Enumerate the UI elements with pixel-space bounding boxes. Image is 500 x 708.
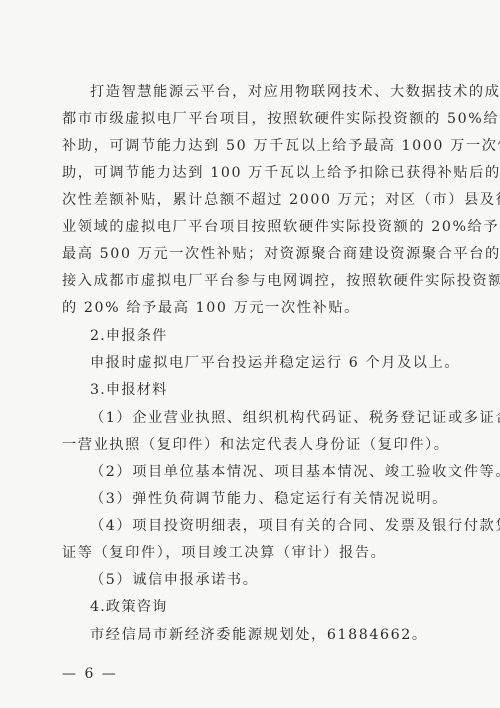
paragraph-line: 最高 500 万元一次性补贴；对资源聚合商建设资源聚合平台的， [62,245,442,263]
section-heading-application-materials: 3.申报材料 [90,381,442,399]
material-item-1-line-2: 一营业执照（复印件）和法定代表人身份证（复印件）。 [62,436,442,454]
paragraph-line: 都市市级虚拟电厂平台项目，按照软硬件实际投资额的 50%给予 [62,110,442,128]
section-body-policy-consultation: 市经信局市新经济委能源规划处，61884662。 [90,626,442,644]
paragraph-line: 补助，可调节能力达到 50 万千瓦以上给予最高 1000 万一次性补 [62,137,442,155]
paragraph-line: 的 20% 给予最高 100 万元一次性补贴。 [62,299,442,317]
material-item-3: （3）弹性负荷调节能力、稳定运行有关情况说明。 [90,490,442,508]
paragraph-line: 次性差额补贴，累计总额不超过 2000 万元；对区（市）县及行 [62,191,442,209]
material-item-5: （5）诚信申报承诺书。 [90,571,442,589]
paragraph-line: 接入成都市虚拟电厂平台参与电网调控，按照软硬件实际投资额 [62,272,442,290]
section-body-application-conditions: 申报时虚拟电厂平台投运并稳定运行 6 个月及以上。 [90,354,442,372]
material-item-2: （2）项目单位基本情况、项目基本情况、竣工验收文件等。 [90,463,442,481]
page-number: — 6 — [62,666,118,682]
section-heading-application-conditions: 2.申报条件 [90,327,442,345]
material-item-1-line-1: （1）企业营业执照、组织机构代码证、税务登记证或多证合 [90,409,442,427]
paragraph-line: 助，可调节能力达到 100 万千瓦以上给予扣除已获得补贴后的一 [62,164,442,182]
material-item-4-line-1: （4）项目投资明细表，项目有关的合同、发票及银行付款凭 [90,517,442,535]
section-heading-policy-consultation: 4.政策咨询 [90,598,442,616]
material-item-4-line-2: 证等（复印件），项目竣工决算（审计）报告。 [62,544,442,562]
document-page: 打造智慧能源云平台，对应用物联网技术、大数据技术的成 都市市级虚拟电厂平台项目，… [0,0,500,708]
paragraph-line: 业领域的虚拟电厂平台项目按照软硬件实际投资额的 20%给予 [62,218,442,236]
paragraph-line: 打造智慧能源云平台，对应用物联网技术、大数据技术的成 [90,83,442,101]
